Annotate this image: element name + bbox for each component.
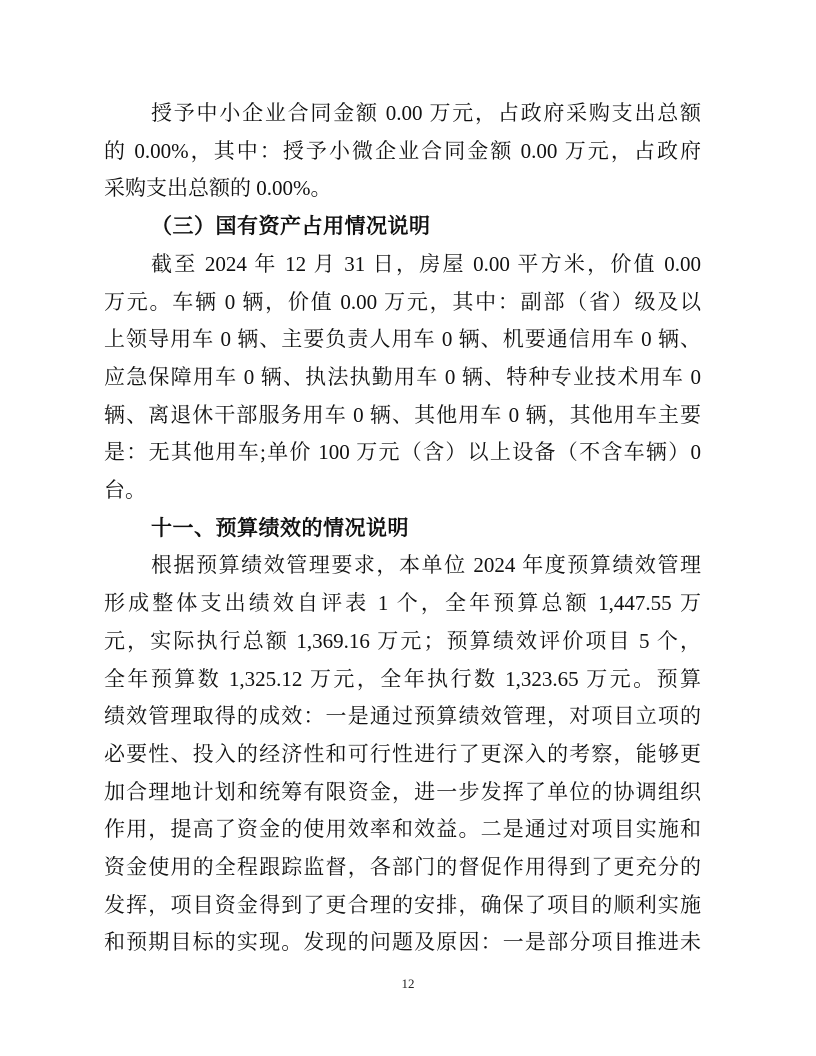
- document-page: 授予中小企业合同金额 0.00 万元，占政府采购支出总额 的 0.00%，其中：…: [0, 0, 816, 1056]
- document-line: 形成整体支出绩效自评表 1 个，全年预算总额 1,447.55 万: [104, 585, 701, 623]
- document-line: 和预期目标的实现。发现的问题及原因：一是部分项目推进未: [104, 924, 701, 962]
- document-line: 台。: [104, 472, 701, 510]
- section-heading: （三）国有资产占用情况说明: [104, 208, 701, 246]
- document-line: 加合理地计划和统筹有限资金，进一步发挥了单位的协调组织: [104, 774, 701, 812]
- document-line: 绩效管理取得的成效：一是通过预算绩效管理，对项目立项的: [104, 698, 701, 736]
- document-line: 全年预算数 1,325.12 万元，全年执行数 1,323.65 万元。预算: [104, 661, 701, 699]
- document-line: 根据预算绩效管理要求，本单位 2024 年度预算绩效管理: [104, 547, 701, 585]
- document-line: 发挥，项目资金得到了更合理的安排，确保了项目的顺利实施: [104, 887, 701, 925]
- document-line: 上领导用车 0 辆、主要负责人用车 0 辆、机要通信用车 0 辆、: [104, 321, 701, 359]
- document-line: 截至 2024 年 12 月 31 日，房屋 0.00 平方米，价值 0.00: [104, 246, 701, 284]
- document-line: 应急保障用车 0 辆、执法执勤用车 0 辆、特种专业技术用车 0: [104, 359, 701, 397]
- document-line: 万元。车辆 0 辆，价值 0.00 万元，其中：副部（省）级及以: [104, 284, 701, 322]
- document-line: 是：无其他用车;单价 100 万元（含）以上设备（不含车辆）0: [104, 434, 701, 472]
- section-heading: 十一、预算绩效的情况说明: [104, 510, 701, 548]
- document-body: 授予中小企业合同金额 0.00 万元，占政府采购支出总额 的 0.00%，其中：…: [104, 95, 701, 962]
- document-line: 授予中小企业合同金额 0.00 万元，占政府采购支出总额: [104, 95, 701, 133]
- document-line: 元，实际执行总额 1,369.16 万元；预算绩效评价项目 5 个，: [104, 623, 701, 661]
- document-line: 辆、离退休干部服务用车 0 辆、其他用车 0 辆，其他用车主要: [104, 397, 701, 435]
- page-number: 12: [0, 976, 816, 992]
- document-line: 采购支出总额的 0.00%。: [104, 170, 701, 208]
- document-line: 必要性、投入的经济性和可行性进行了更深入的考察，能够更: [104, 736, 701, 774]
- document-line: 的 0.00%，其中：授予小微企业合同金额 0.00 万元，占政府: [104, 133, 701, 171]
- document-line: 作用，提高了资金的使用效率和效益。二是通过对项目实施和: [104, 811, 701, 849]
- document-line: 资金使用的全程跟踪监督，各部门的督促作用得到了更充分的: [104, 849, 701, 887]
